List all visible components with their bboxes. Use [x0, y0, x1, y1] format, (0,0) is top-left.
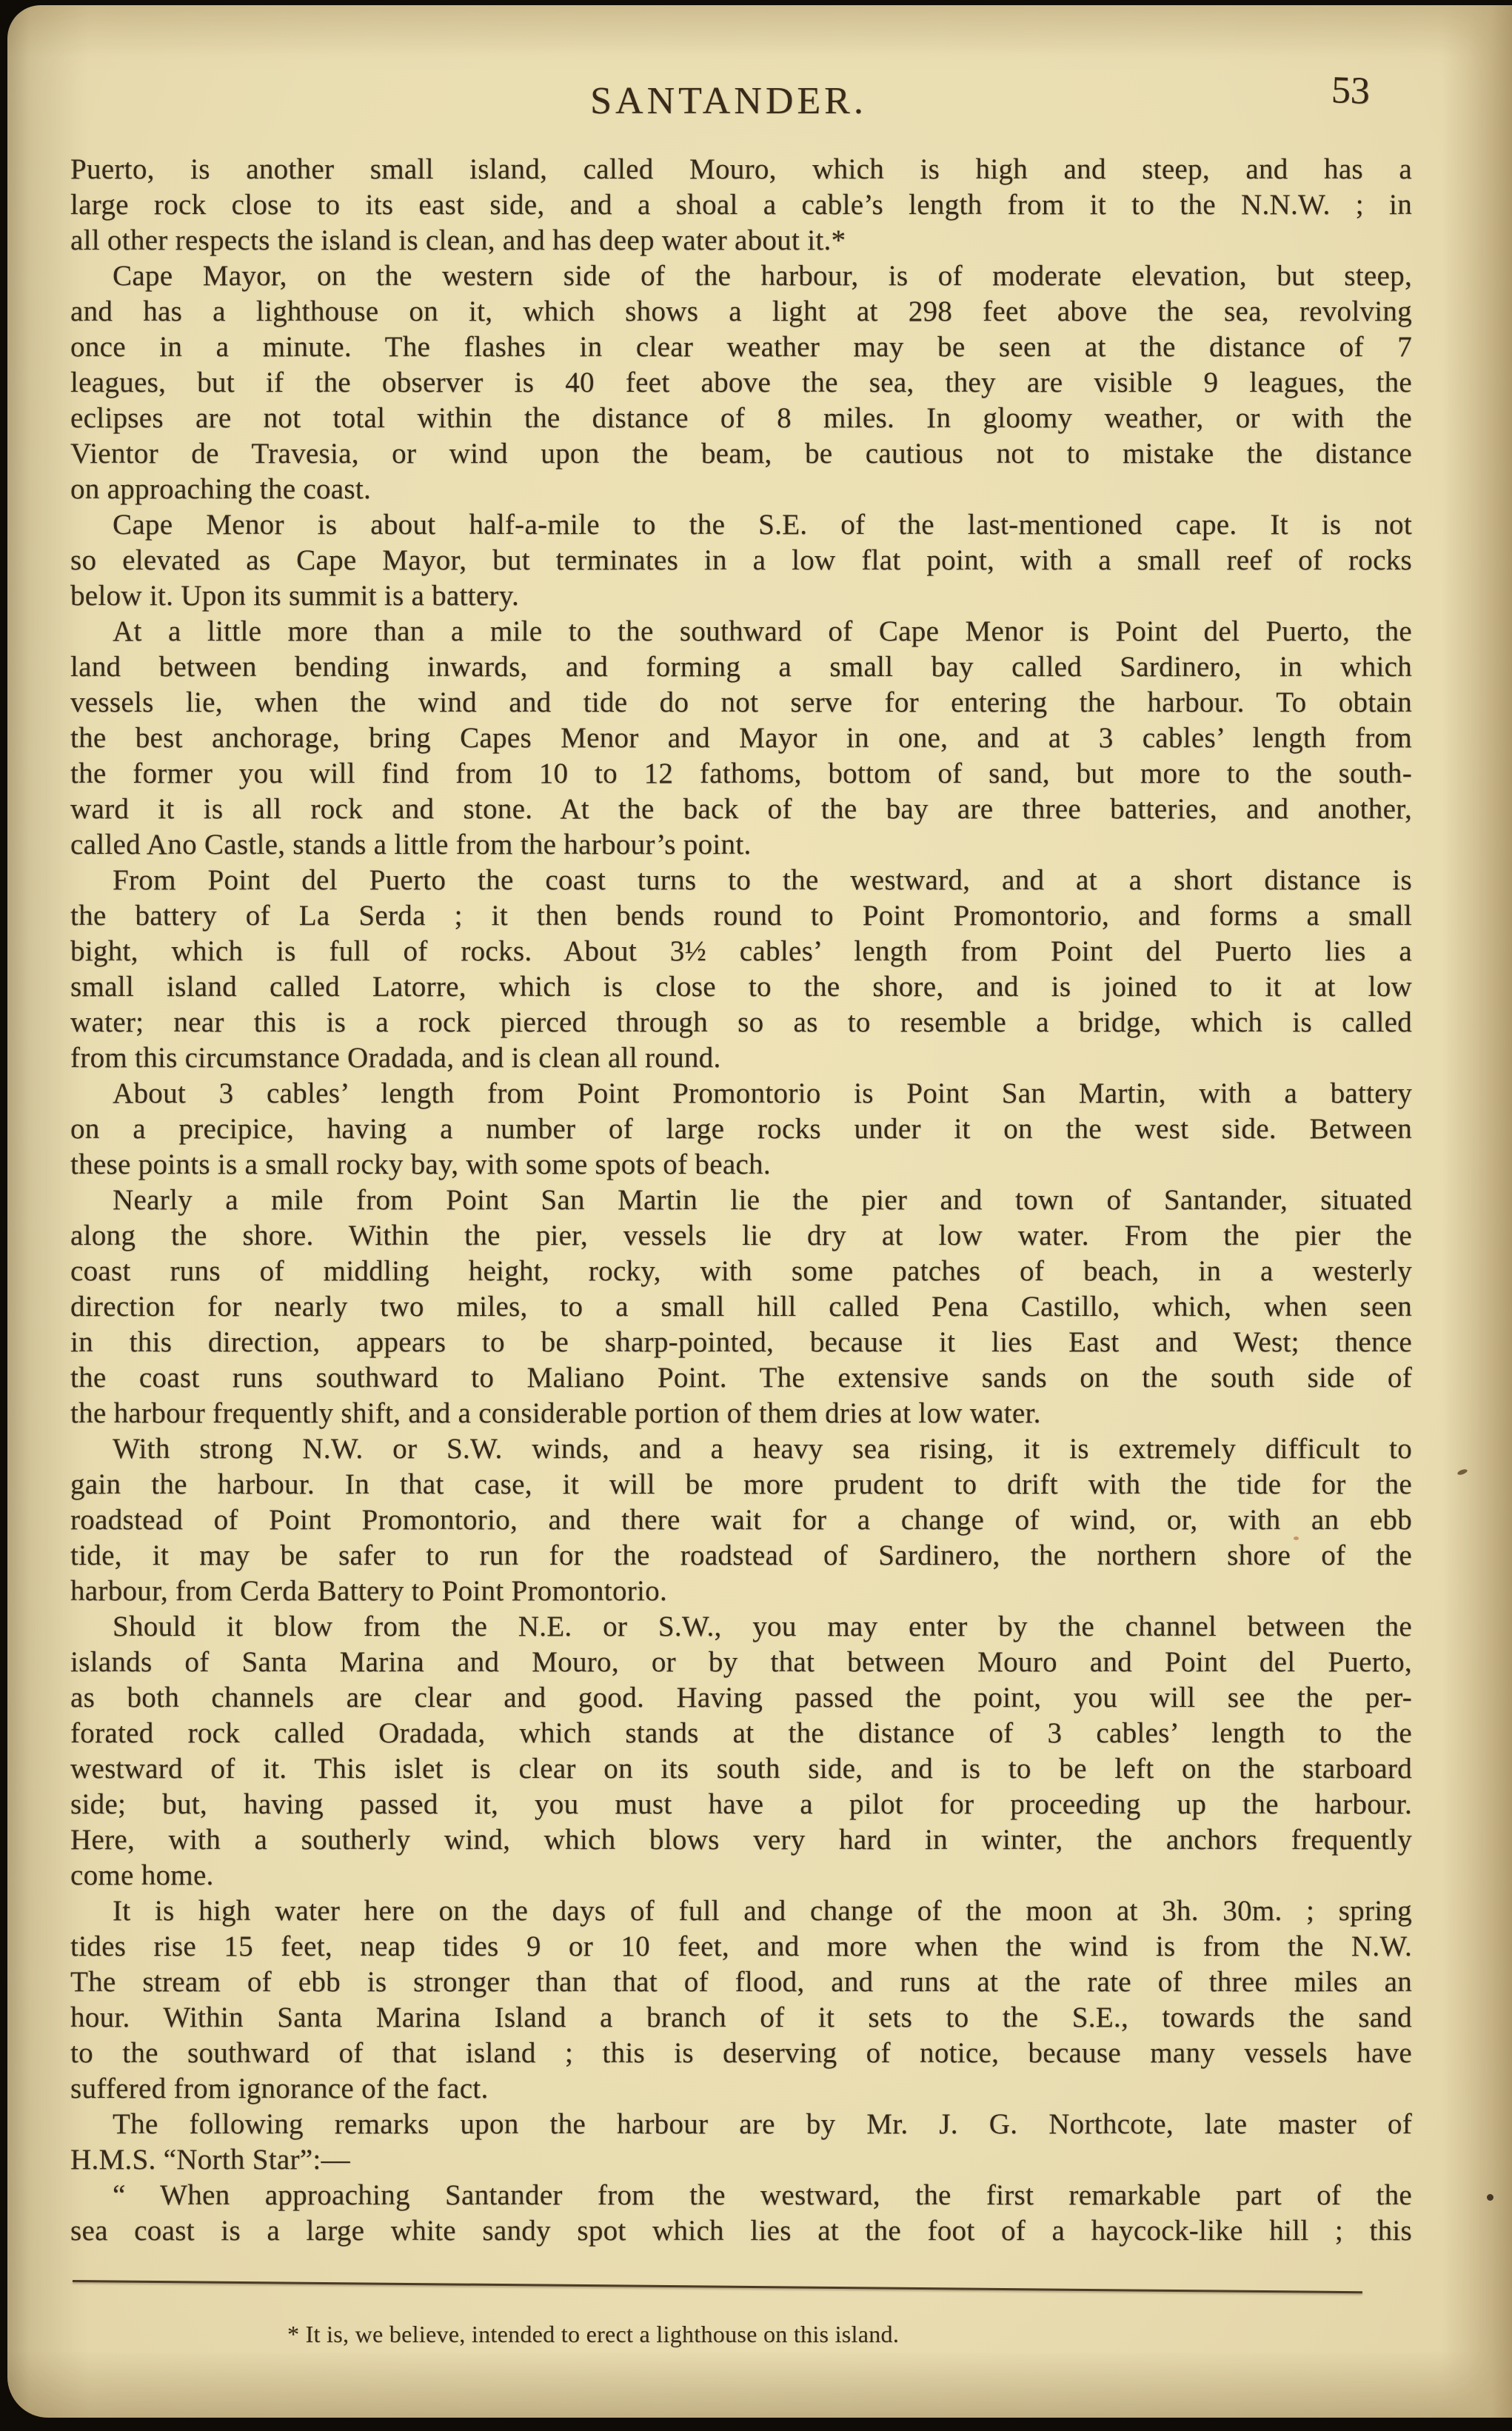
text-line: H.M.S. “North Star”:— [70, 2142, 1412, 2178]
page-title: SANTANDER. [0, 79, 1481, 123]
paper-speck [1456, 1468, 1468, 1476]
text-line: in this direction, appears to be sharp-p… [70, 1325, 1412, 1360]
text-line: the battery of La Serda ; it then bends … [70, 898, 1412, 934]
text-line: ward it is all rock and stone. At the ba… [70, 792, 1412, 827]
text-line: small island called Latorre, which is cl… [70, 969, 1412, 1005]
text-line: It is high water here on the days of ful… [70, 1893, 1412, 1929]
text-line: Nearly a mile from Point San Martin lie … [70, 1183, 1412, 1218]
text-line: direction for nearly two miles, to a sma… [70, 1289, 1412, 1325]
text-line: gain the harbour. In that case, it will … [70, 1467, 1412, 1502]
text-line: land between bending inwards, and formin… [70, 649, 1412, 685]
paper-speck [1487, 2194, 1493, 2201]
text-line: below it. Upon its summit is a battery. [70, 578, 1412, 614]
paper-speck [1294, 1536, 1299, 1540]
text-line: once in a minute. The flashes in clear w… [70, 330, 1412, 365]
page-number: 53 [1331, 68, 1371, 113]
body-text: Puerto, is another small island, called … [70, 152, 1412, 2249]
text-line: called Ano Castle, stands a little from … [70, 827, 1412, 863]
text-line: large rock close to its east side, and a… [70, 187, 1412, 223]
scanned-book-photo: { "page": { "running_title": "SANTANDER.… [0, 0, 1512, 2431]
text-line: From Point del Puerto the coast turns to… [70, 863, 1412, 898]
text-line: water; near this is a rock pierced throu… [70, 1005, 1412, 1040]
text-line: so elevated as Cape Mayor, but terminate… [70, 543, 1412, 578]
text-line: the harbour frequently shift, and a cons… [70, 1396, 1412, 1431]
text-line: The stream of ebb is stronger than that … [70, 1964, 1412, 2000]
text-line: With strong N.W. or S.W. winds, and a he… [70, 1431, 1412, 1467]
text-line: the coast runs southward to Maliano Poin… [70, 1360, 1412, 1396]
text-line: “ When approaching Santander from the we… [70, 2178, 1412, 2213]
text-line: all other respects the island is clean, … [70, 223, 1412, 258]
text-line: suffered from ignorance of the fact. [70, 2071, 1412, 2107]
text-line: sea coast is a large white sandy spot wh… [70, 2213, 1412, 2249]
text-line: along the shore. Within the pier, vessel… [70, 1218, 1412, 1254]
text-line: Vientor de Travesia, or wind upon the be… [70, 436, 1412, 472]
text-line: westward of it. This islet is clear on i… [70, 1751, 1412, 1787]
text-line: these points is a small rocky bay, with … [70, 1147, 1412, 1183]
text-line: harbour, from Cerda Battery to Point Pro… [70, 1574, 1412, 1609]
text-line: from this circumstance Oradada, and is c… [70, 1040, 1412, 1076]
text-line: vessels lie, when the wind and tide do n… [70, 685, 1412, 720]
text-line: eclipses are not total within the distan… [70, 401, 1412, 436]
text-line: as both channels are clear and good. Hav… [70, 1680, 1412, 1716]
text-line: At a little more than a mile to the sout… [70, 614, 1412, 649]
text-line: to the southward of that island ; this i… [70, 2036, 1412, 2071]
footnote: * It is, we believe, intended to erect a… [287, 2321, 899, 2348]
text-line: the best anchorage, bring Capes Menor an… [70, 720, 1412, 756]
text-line: islands of Santa Marina and Mouro, or by… [70, 1645, 1412, 1680]
text-line: About 3 cables’ length from Point Promon… [70, 1076, 1412, 1111]
text-line: Here, with a southerly wind, which blows… [70, 1822, 1412, 1858]
text-line: tides rise 15 feet, neap tides 9 or 10 f… [70, 1929, 1412, 1964]
text-line: on a precipice, having a number of large… [70, 1111, 1412, 1147]
text-line: come home. [70, 1858, 1412, 1893]
footnote-rule [73, 2280, 1362, 2293]
text-line: leagues, but if the observer is 40 feet … [70, 365, 1412, 401]
text-line: on approaching the coast. [70, 472, 1412, 507]
book-page: SANTANDER. 53 Puerto, is another small i… [7, 5, 1512, 2418]
text-line: hour. Within Santa Marina Island a branc… [70, 2000, 1412, 2036]
text-line: Should it blow from the N.E. or S.W., yo… [70, 1609, 1412, 1645]
text-line: side; but, having passed it, you must ha… [70, 1787, 1412, 1822]
text-line: bight, which is full of rocks. About 3½ … [70, 934, 1412, 969]
text-line: Cape Menor is about half-a-mile to the S… [70, 507, 1412, 543]
text-line: Cape Mayor, on the western side of the h… [70, 258, 1412, 294]
text-line: The following remarks upon the harbour a… [70, 2107, 1412, 2142]
text-line: the former you will find from 10 to 12 f… [70, 756, 1412, 792]
text-line: and has a lighthouse on it, which shows … [70, 294, 1412, 330]
text-line: forated rock called Oradada, which stand… [70, 1716, 1412, 1751]
text-line: coast runs of middling height, rocky, wi… [70, 1254, 1412, 1289]
text-line: roadstead of Point Promontorio, and ther… [70, 1502, 1412, 1538]
text-line: Puerto, is another small island, called … [70, 152, 1412, 187]
text-line: tide, it may be safer to run for the roa… [70, 1538, 1412, 1574]
